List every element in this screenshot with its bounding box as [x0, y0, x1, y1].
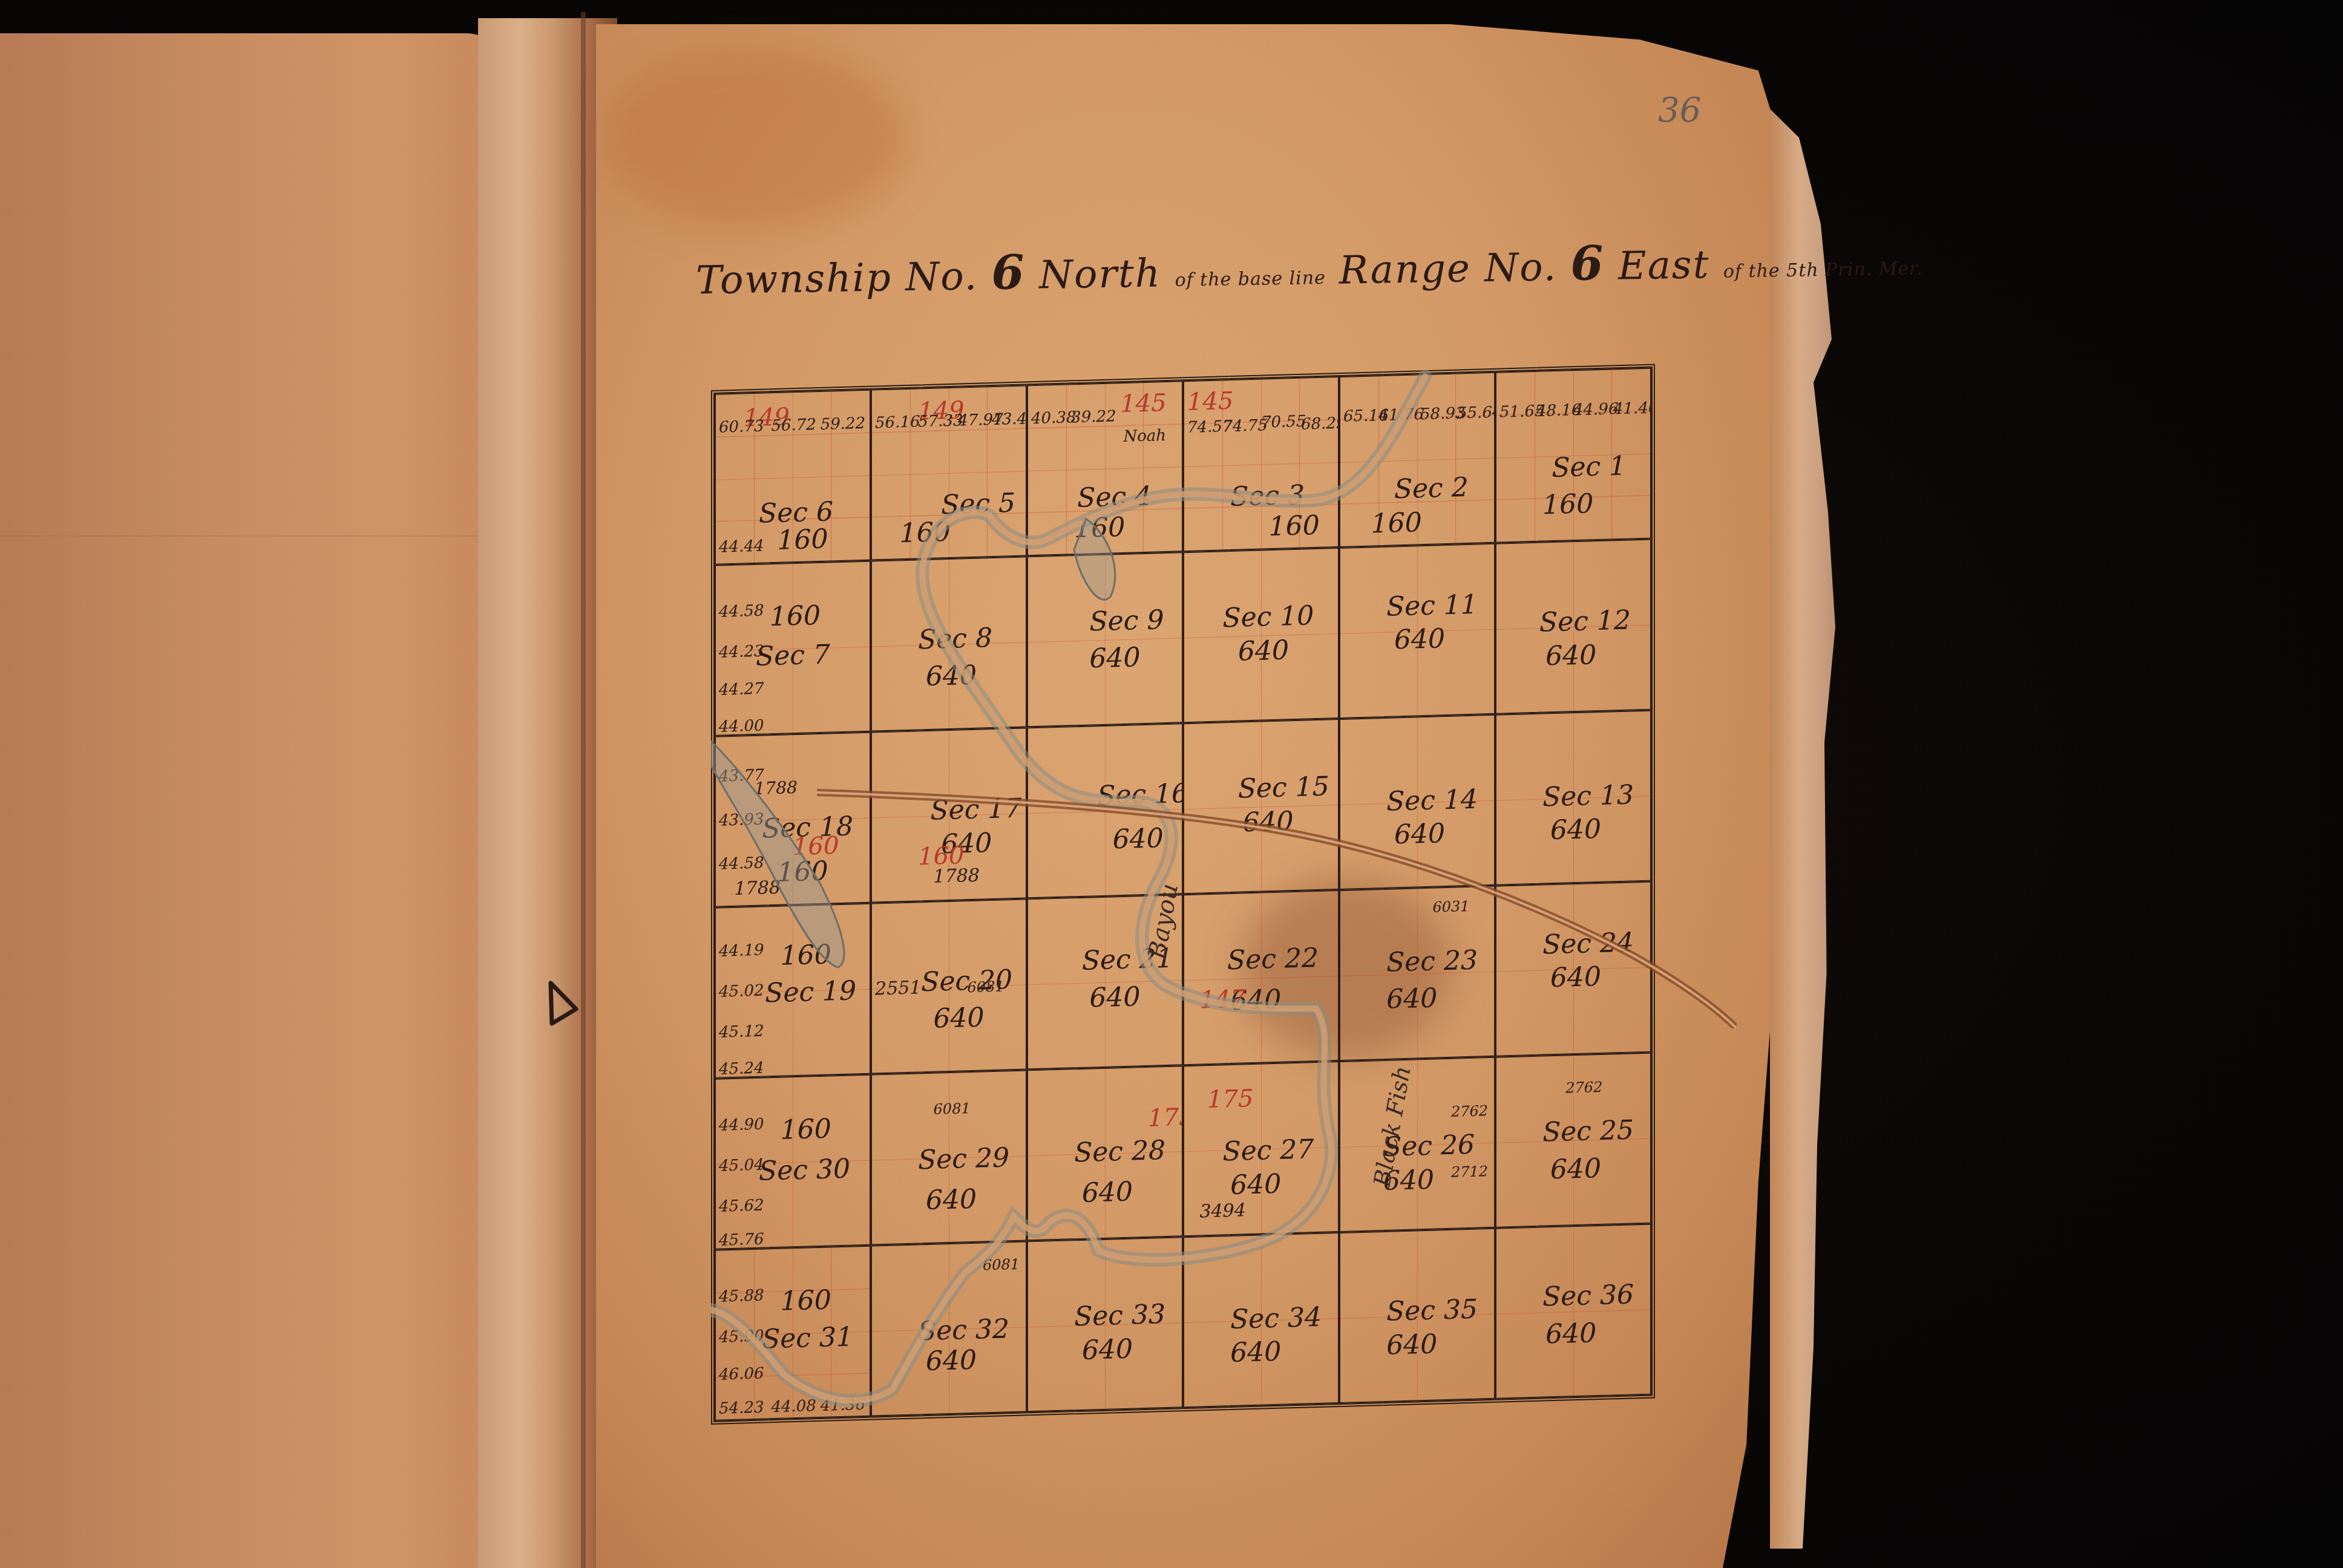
section-acres: 160: [770, 600, 821, 632]
section-label: Sec 19: [765, 975, 856, 1008]
lot-acres: 45.62: [719, 1197, 764, 1216]
section-acres: 640: [1230, 1336, 1281, 1368]
note: 6031: [1432, 898, 1469, 916]
township-plat: Sec 6 160 149 60.73 56.72 59.22 44.44 Se…: [711, 364, 1655, 1425]
annotation: Noah: [1123, 426, 1166, 446]
section-label: Sec 5: [941, 488, 1015, 520]
section-20: Sec 20 640 2551 6081: [871, 898, 1027, 1074]
red-note: 145: [1120, 389, 1166, 418]
note: 1788: [755, 777, 798, 799]
section-11: Sec 11 640: [1339, 543, 1495, 719]
lot-acres: 43.93: [719, 810, 764, 829]
section-label: Sec 24: [1542, 927, 1634, 960]
section-label: Sec 34: [1230, 1301, 1322, 1334]
lot-acres: 44.27: [719, 679, 764, 699]
section-label: Sec 30: [759, 1154, 850, 1187]
lot-acres: 45.12: [719, 1022, 764, 1041]
lot-acres: 44.08: [771, 1397, 816, 1416]
section-acres: 640: [926, 1345, 977, 1377]
section-acres: 160: [1074, 512, 1125, 544]
lot-acres: 41.46: [1613, 399, 1651, 418]
section-label: Sec 14: [1386, 783, 1478, 817]
section-acres: 160: [1542, 489, 1593, 521]
lot-acres: 55.64: [1457, 403, 1495, 423]
title-range-prefix: Range No.: [1339, 245, 1557, 293]
lot-acres: 45.02: [719, 981, 764, 1001]
section-33: Sec 33 640: [1027, 1236, 1183, 1412]
section-acres: 640: [1082, 1176, 1133, 1208]
title-range-suffix: of the 5th Prin. Mer.: [1723, 258, 1923, 283]
section-acres: 640: [1394, 818, 1445, 851]
section-label: Sec 3: [1230, 480, 1305, 512]
section-13: Sec 13 640: [1495, 710, 1651, 886]
section-24: Sec 24 640: [1495, 881, 1651, 1057]
note: 2762: [1565, 1079, 1602, 1097]
lot-acres: 59.22: [821, 414, 865, 434]
note: 2551: [875, 977, 921, 999]
section-14: Sec 14 640: [1339, 714, 1495, 890]
ruled-line: [0, 535, 484, 537]
triangle-marker-icon: [545, 980, 581, 1028]
section-acres: 640: [1545, 639, 1596, 671]
section-34: Sec 34 640: [1183, 1232, 1339, 1408]
section-label: Sec 23: [1386, 944, 1478, 978]
gutter-fold: [581, 12, 586, 1568]
page-number: 36: [1658, 91, 1701, 130]
lot-acres: 44.00: [719, 717, 764, 736]
section-acres: 640: [1545, 1318, 1596, 1350]
section-acres: 640: [926, 1184, 977, 1216]
lot-acres: 60.73: [719, 417, 764, 437]
section-7: Sec 7 160 44.58 44.23 44.27 44.00: [715, 561, 871, 736]
section-label: Sec 33: [1074, 1299, 1165, 1332]
section-12: Sec 12 640: [1495, 539, 1651, 714]
section-acres: 640: [1090, 642, 1141, 674]
section-26: Sec 26 640 2762 2712: [1339, 1057, 1495, 1232]
section-8: Sec 8 640: [871, 556, 1027, 731]
section-acres: 160: [781, 939, 831, 971]
section-label: Sec 2: [1394, 472, 1469, 505]
lot-acres: 45.88: [719, 1287, 764, 1306]
section-10: Sec 10 640: [1183, 547, 1339, 723]
lot-acres: 44.58: [719, 854, 764, 874]
lot-acres: 43.45: [992, 410, 1027, 429]
section-acres: 640: [1550, 1153, 1601, 1185]
section-29: Sec 29 640 6081: [871, 1070, 1027, 1245]
note: 6081: [983, 1256, 1020, 1274]
section-acres: 160: [1371, 507, 1422, 539]
section-5: Sec 5 160 149 56.16 57.33 47.97 43.45: [871, 385, 1027, 560]
lot-acres: 61.76: [1379, 405, 1424, 425]
left-page: [0, 33, 484, 1568]
section-grid: Sec 6 160 149 60.73 56.72 59.22 44.44 Se…: [711, 364, 1655, 1425]
section-acres: 640: [1238, 635, 1289, 667]
section-acres: 160: [781, 1285, 831, 1317]
red-note: 175: [1148, 1103, 1183, 1132]
red-note: 145: [1187, 387, 1233, 416]
title-township-number: 6: [991, 245, 1026, 301]
section-36: Sec 36 640: [1495, 1224, 1651, 1399]
section-label: Sec 27: [1223, 1134, 1314, 1167]
title-range-number: 6: [1570, 236, 1605, 292]
section-6: Sec 6 160 149 60.73 56.72 59.22 44.44: [715, 390, 871, 565]
section-acres: 160: [778, 523, 828, 555]
lot-acres: 39.22: [1071, 407, 1116, 426]
section-label: Sec 29: [918, 1142, 1009, 1175]
lot-acres: 45.76: [719, 1230, 764, 1250]
red-note: 147: [1199, 985, 1245, 1014]
section-label: Sec 7: [756, 639, 830, 671]
section-label: Sec 9: [1090, 604, 1164, 637]
note: 1788: [734, 877, 780, 900]
section-22: Sec 22 640 147: [1183, 890, 1339, 1065]
section-acres: 640: [1394, 623, 1445, 655]
section-acres: 640: [934, 1002, 985, 1034]
section-label: Sec 1: [1552, 451, 1626, 483]
title-township-prefix: Township No.: [696, 254, 978, 303]
lot-acres: 40.38: [1031, 408, 1076, 428]
note: 6081: [967, 978, 1004, 996]
lot-acres: 54.23: [719, 1398, 764, 1417]
section-label: Sec 28: [1074, 1135, 1165, 1168]
section-label: Sec 12: [1539, 605, 1631, 638]
title-range-dir: East: [1617, 243, 1710, 289]
section-32: Sec 32 640 6081: [871, 1241, 1027, 1416]
section-acres: 160: [1269, 510, 1320, 542]
section-acres: 640: [1230, 1169, 1281, 1201]
section-acres: 640: [1550, 961, 1601, 993]
lot-acres: 44.23: [719, 642, 764, 662]
section-acres: 160: [781, 1114, 831, 1146]
section-label: Sec 8: [918, 622, 992, 655]
lot-acres: 57.33: [918, 411, 963, 431]
lot-acres: 45.90: [719, 1327, 764, 1347]
lot-acres: 41.36: [821, 1395, 865, 1414]
section-acres: 640: [1090, 981, 1141, 1013]
lot-acres: 56.16: [875, 413, 920, 432]
lot-acres: 44.19: [719, 941, 764, 960]
section-25: Sec 25 640 2762: [1495, 1053, 1651, 1228]
section-acres: 640: [1082, 1334, 1133, 1366]
section-acres: 640: [1386, 1328, 1437, 1361]
section-acres: 640: [1243, 806, 1294, 838]
section-label: Sec 17: [931, 793, 1022, 826]
section-label: Sec 4: [1077, 480, 1152, 513]
title-township-dir: North: [1038, 251, 1161, 298]
section-15: Sec 15 640: [1183, 719, 1339, 894]
section-17: Sec 17 640 160 1788: [871, 727, 1027, 903]
note: 3494: [1199, 1200, 1245, 1223]
section-acres: 640: [1386, 983, 1437, 1015]
section-label: Sec 16: [1097, 778, 1183, 811]
lot-acres: 44.90: [719, 1116, 764, 1135]
lot-acres: 44.44: [719, 537, 764, 557]
lot-acres: 44.96: [1573, 400, 1618, 419]
section-label: Sec 25: [1542, 1115, 1634, 1148]
lot-acres: 56.72: [771, 416, 816, 435]
section-3: Sec 3 160 145 74.57 74.75 70.55 68.29: [1183, 376, 1339, 552]
note: 6081: [934, 1100, 971, 1118]
title-township-suffix: of the base line: [1175, 267, 1326, 291]
lot-acres: 45.24: [719, 1059, 764, 1079]
section-label: Sec 15: [1238, 771, 1329, 804]
section-acres: 640: [1550, 814, 1601, 846]
section-label: Sec 35: [1386, 1294, 1478, 1327]
section-acres: 640: [1113, 823, 1164, 855]
note: 2762: [1451, 1102, 1488, 1120]
lot-acres: 44.58: [719, 602, 764, 621]
stain: [605, 48, 908, 230]
section-label: Sec 31: [762, 1321, 853, 1354]
note: 2712: [1451, 1163, 1488, 1181]
section-label: Sec 22: [1227, 942, 1319, 976]
lot-acres: 70.55: [1261, 412, 1306, 431]
section-label: Sec 32: [918, 1313, 1009, 1347]
section-1: Sec 1 160 51.65 48.16 44.96 41.46: [1495, 368, 1651, 543]
section-acres: 640: [926, 660, 977, 692]
section-label: Sec 13: [1542, 779, 1634, 812]
lot-acres: 68.29: [1301, 414, 1339, 434]
section-27: Sec 27 640 175 3494: [1183, 1061, 1339, 1236]
section-9: Sec 9 640: [1027, 552, 1183, 727]
section-28: Sec 28 640 175: [1027, 1065, 1183, 1241]
section-18: Sec 18 160 160 43.77 1788 43.93 44.58 17…: [715, 732, 871, 907]
section-label: Sec 10: [1223, 600, 1314, 633]
section-35: Sec 35 640: [1339, 1228, 1495, 1403]
note: 1788: [934, 865, 980, 887]
red-note: 175: [1207, 1085, 1253, 1114]
section-4: Sec 4 160 145 40.38 39.22 Noah: [1027, 381, 1183, 556]
lot-acres: 46.06: [719, 1364, 764, 1383]
red-note: 160: [793, 832, 839, 861]
section-31: Sec 31 160 45.88 45.90 46.06 54.23 44.08…: [715, 1246, 871, 1421]
section-19: Sec 19 160 44.19 45.02 45.12 45.24: [715, 903, 871, 1079]
section-acres: 160: [900, 517, 951, 549]
section-label: Sec 36: [1542, 1279, 1634, 1313]
section-2: Sec 2 160 65.14 61.76 58.93 55.64: [1339, 372, 1495, 547]
section-label: Sec 11: [1386, 589, 1478, 622]
section-23: Sec 23 640 6031: [1339, 886, 1495, 1061]
lot-acres: 45.04: [719, 1156, 764, 1175]
section-16: Sec 16 640: [1027, 723, 1183, 898]
section-30: Sec 30 160 44.90 45.04 45.62 45.76: [715, 1074, 871, 1250]
